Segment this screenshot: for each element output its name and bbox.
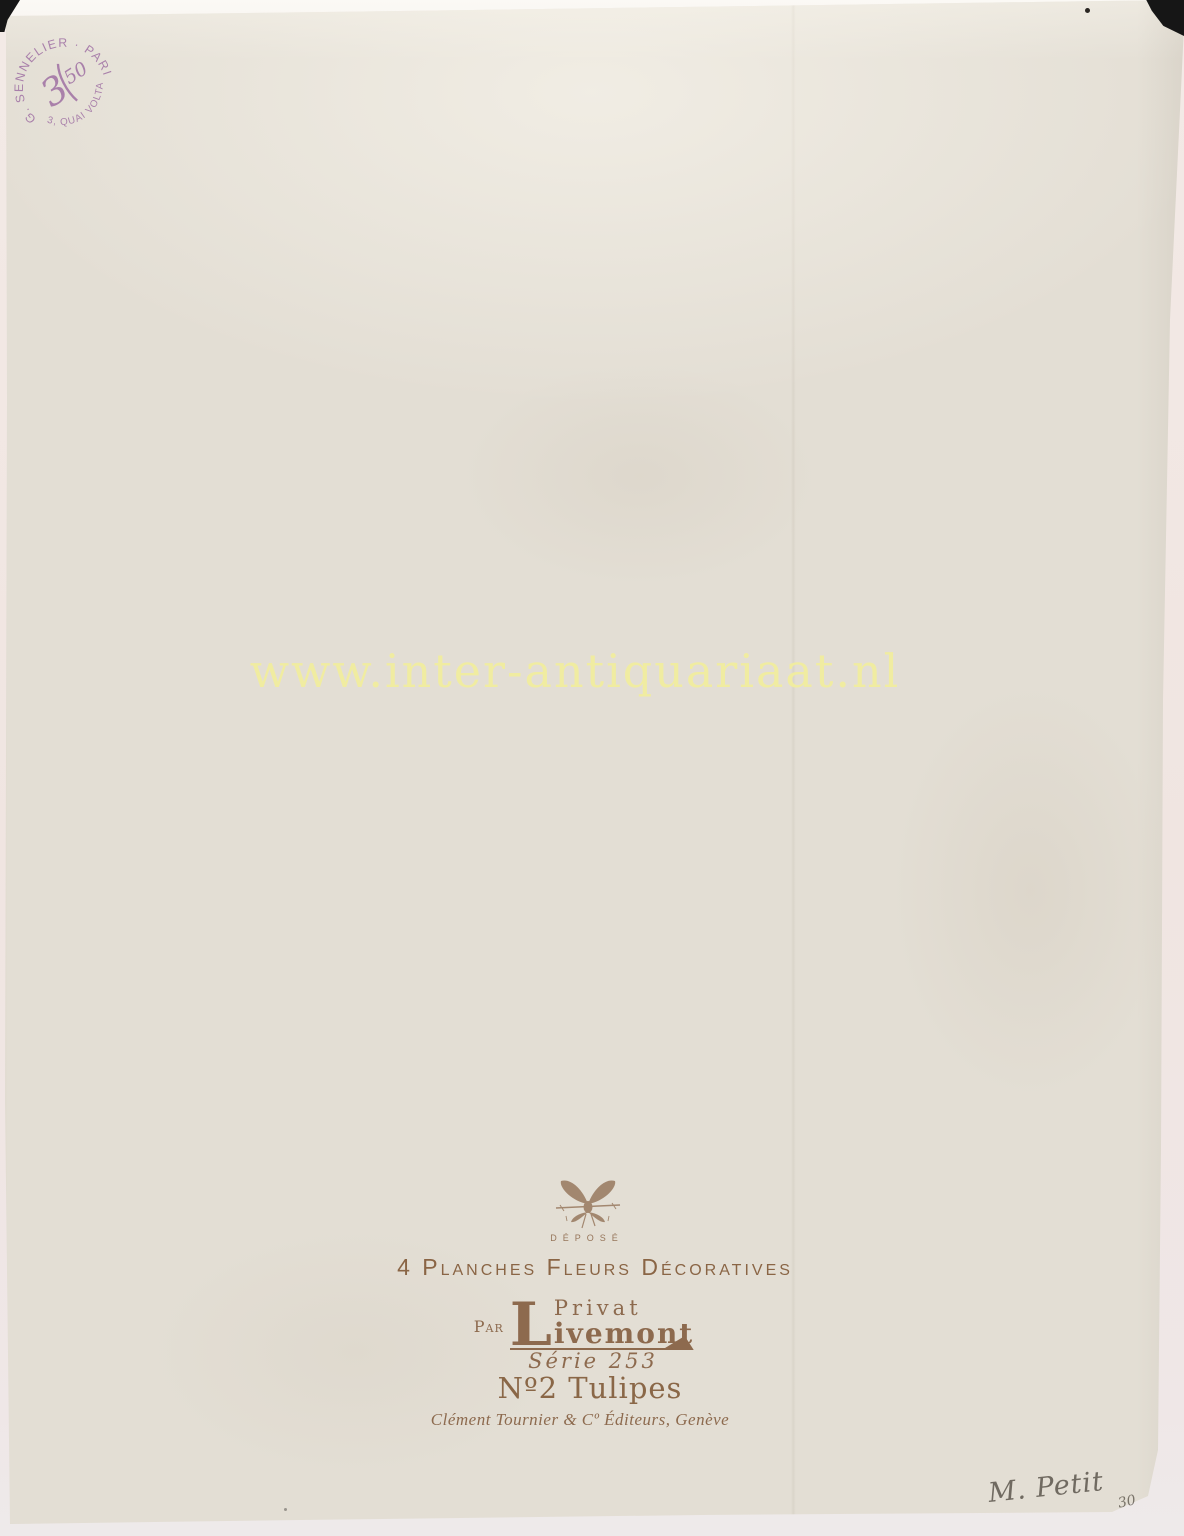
depose-label: DÉPOSÉ: [0, 1233, 1179, 1243]
artist-initial: L: [510, 1301, 552, 1350]
artist-name-stack: Privat ivemont: [554, 1298, 694, 1348]
publisher-line: Clément Tournier & Cº Éditeurs, Genève: [0, 1410, 1172, 1430]
plate-title: Nº2 Tulipes: [0, 1371, 1182, 1405]
paper-speck: [284, 1508, 287, 1511]
photo-canvas: G. SENNELIER · PARIS 3, QUAI VOLTAIRE. 3…: [0, 0, 1184, 1536]
par-label: Par: [474, 1317, 504, 1336]
serie-label: Série 253: [1, 1349, 1184, 1373]
artist-first-name: Privat: [554, 1298, 642, 1319]
series-title: 4 Planches Fleurs Décoratives: [3, 1254, 1184, 1281]
paper-speck: [1085, 8, 1090, 13]
artist-credit: Par L Privat ivemont: [0, 1284, 1176, 1350]
sennelier-stamp: G. SENNELIER · PARIS 3, QUAI VOLTAIRE. 3…: [2, 24, 120, 142]
winged-trademark-icon: [550, 1176, 626, 1234]
artist-credit-inner: Par L Privat ivemont: [474, 1298, 695, 1350]
watermark: www.inter-antiquariaat.nl: [0, 644, 1167, 698]
